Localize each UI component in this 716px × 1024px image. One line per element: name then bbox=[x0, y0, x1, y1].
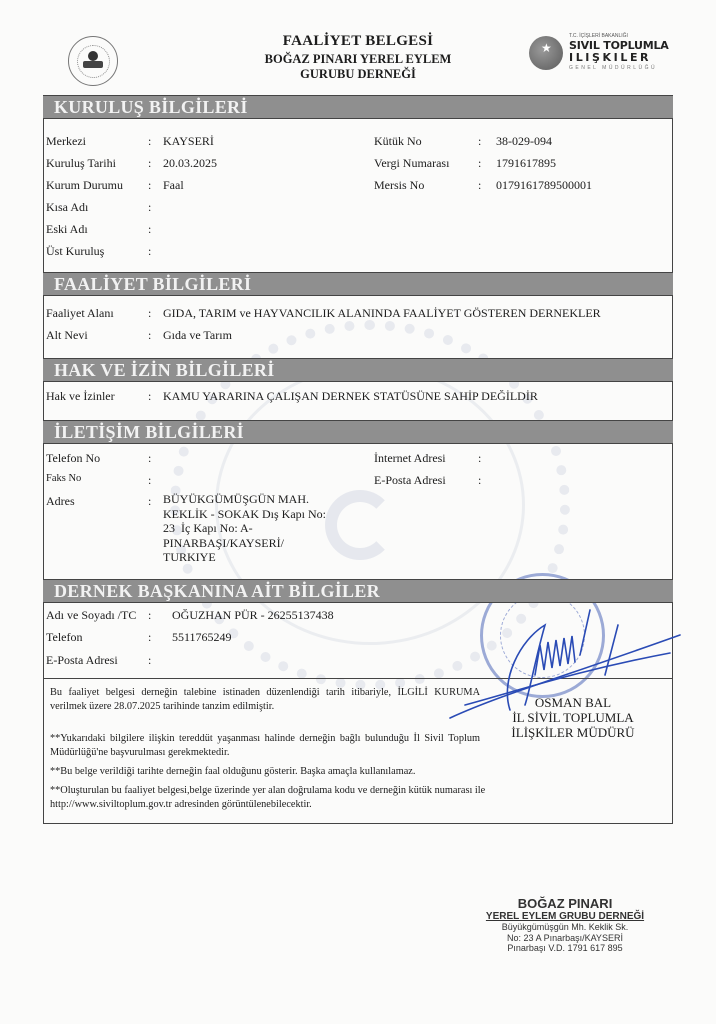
note-verification-line2: http://www.siviltoplum.gov.tr adresinden… bbox=[50, 798, 312, 812]
star-icon: ★ bbox=[541, 41, 552, 56]
field-value: GIDA, TARIM ve HAYVANCILIK ALANINDA FAAL… bbox=[163, 306, 601, 321]
section-iletisim-header: İLETİŞİM BİLGİLERİ bbox=[43, 420, 673, 444]
field-label: Alt Nevi bbox=[46, 328, 88, 343]
issue-statement: Bu faaliyet belgesi derneğin talebine is… bbox=[50, 686, 480, 713]
field-label: E-Posta Adresi bbox=[46, 653, 118, 668]
field-label: Telefon No bbox=[46, 451, 100, 466]
field-label: E-Posta Adresi bbox=[374, 473, 446, 488]
signer-title-line2: İLİŞKİLER MÜDÜRÜ bbox=[488, 725, 658, 740]
field-label: Kurum Durumu bbox=[46, 178, 123, 193]
section-faaliyet-header: FAALİYET BİLGİLERİ bbox=[43, 272, 673, 296]
field-label: Vergi Numarası bbox=[374, 156, 449, 171]
field-label: Kısa Adı bbox=[46, 200, 88, 215]
field-value: KAMU YARARINA ÇALIŞAN DERNEK STATÜSÜNE S… bbox=[163, 389, 538, 404]
field-value: 1791617895 bbox=[496, 156, 556, 171]
field-label: Kuruluş Tarihi bbox=[46, 156, 116, 171]
stamp-line4: No: 23 A Pınarbaşı/KAYSERİ bbox=[470, 933, 660, 944]
field-value: Faal bbox=[163, 178, 184, 193]
stamp-line5: Pınarbaşı V.D. 1791 617 895 bbox=[470, 943, 660, 954]
field-label: Kütük No bbox=[374, 134, 422, 149]
stk-logo: ★ T.C. İÇİŞLERİ BAKANLIĞI SIVIL TOPLUMLA… bbox=[527, 32, 677, 76]
address-value: BÜYÜKGÜMÜŞGÜN MAH. KEKLİK - SOKAK Dış Ka… bbox=[163, 492, 326, 565]
field-label: Hak ve İzinler bbox=[46, 389, 115, 404]
stamp-line3: Büyükgümüşgün Mh. Keklik Sk. bbox=[470, 922, 660, 933]
note-contact: **Yukarıdaki bilgilere ilişkin tereddüt … bbox=[50, 732, 480, 759]
note-verification-line1: **Oluşturulan bu faaliyet belgesi,belge … bbox=[50, 784, 485, 798]
field-value: OĞUZHAN PÜR - 26255137438 bbox=[172, 608, 334, 623]
signature-icon bbox=[440, 600, 690, 720]
field-value: KAYSERİ bbox=[163, 134, 214, 149]
field-label: Adres bbox=[46, 494, 75, 509]
field-label: Eski Adı bbox=[46, 222, 88, 237]
field-value: 20.03.2025 bbox=[163, 156, 217, 171]
field-label: Faks No bbox=[46, 473, 81, 484]
field-label: Adı ve Soyadı /TC bbox=[46, 608, 136, 623]
field-label: Faaliyet Alanı bbox=[46, 306, 114, 321]
stamp-line1: BOĞAZ PINARI bbox=[470, 897, 660, 911]
field-value: 5511765249 bbox=[172, 630, 232, 645]
note-validity: **Bu belge verildiği tarihte derneğin fa… bbox=[50, 765, 415, 779]
field-label: Merkezi bbox=[46, 134, 86, 149]
field-value: Gıda ve Tarım bbox=[163, 328, 232, 343]
logo-line3: GENEL MÜDÜRLÜĞÜ bbox=[569, 65, 657, 71]
field-label: Telefon bbox=[46, 630, 82, 645]
association-stamp: BOĞAZ PINARI YEREL EYLEM GRUBU DERNEĞİ B… bbox=[470, 897, 660, 954]
logo-line2: ILIŞKILER bbox=[569, 51, 651, 64]
field-label: Mersis No bbox=[374, 178, 424, 193]
stamp-line2: YEREL EYLEM GRUBU DERNEĞİ bbox=[470, 911, 660, 922]
field-label: İnternet Adresi bbox=[374, 451, 446, 466]
field-label: Üst Kuruluş bbox=[46, 244, 104, 259]
field-value: 38-029-094 bbox=[496, 134, 552, 149]
section-hak-izin-header: HAK VE İZİN BİLGİLERİ bbox=[43, 358, 673, 382]
section-kurulus-header: KURULUŞ BİLGİLERİ bbox=[43, 95, 673, 119]
field-value: 0179161789500001 bbox=[496, 178, 592, 193]
